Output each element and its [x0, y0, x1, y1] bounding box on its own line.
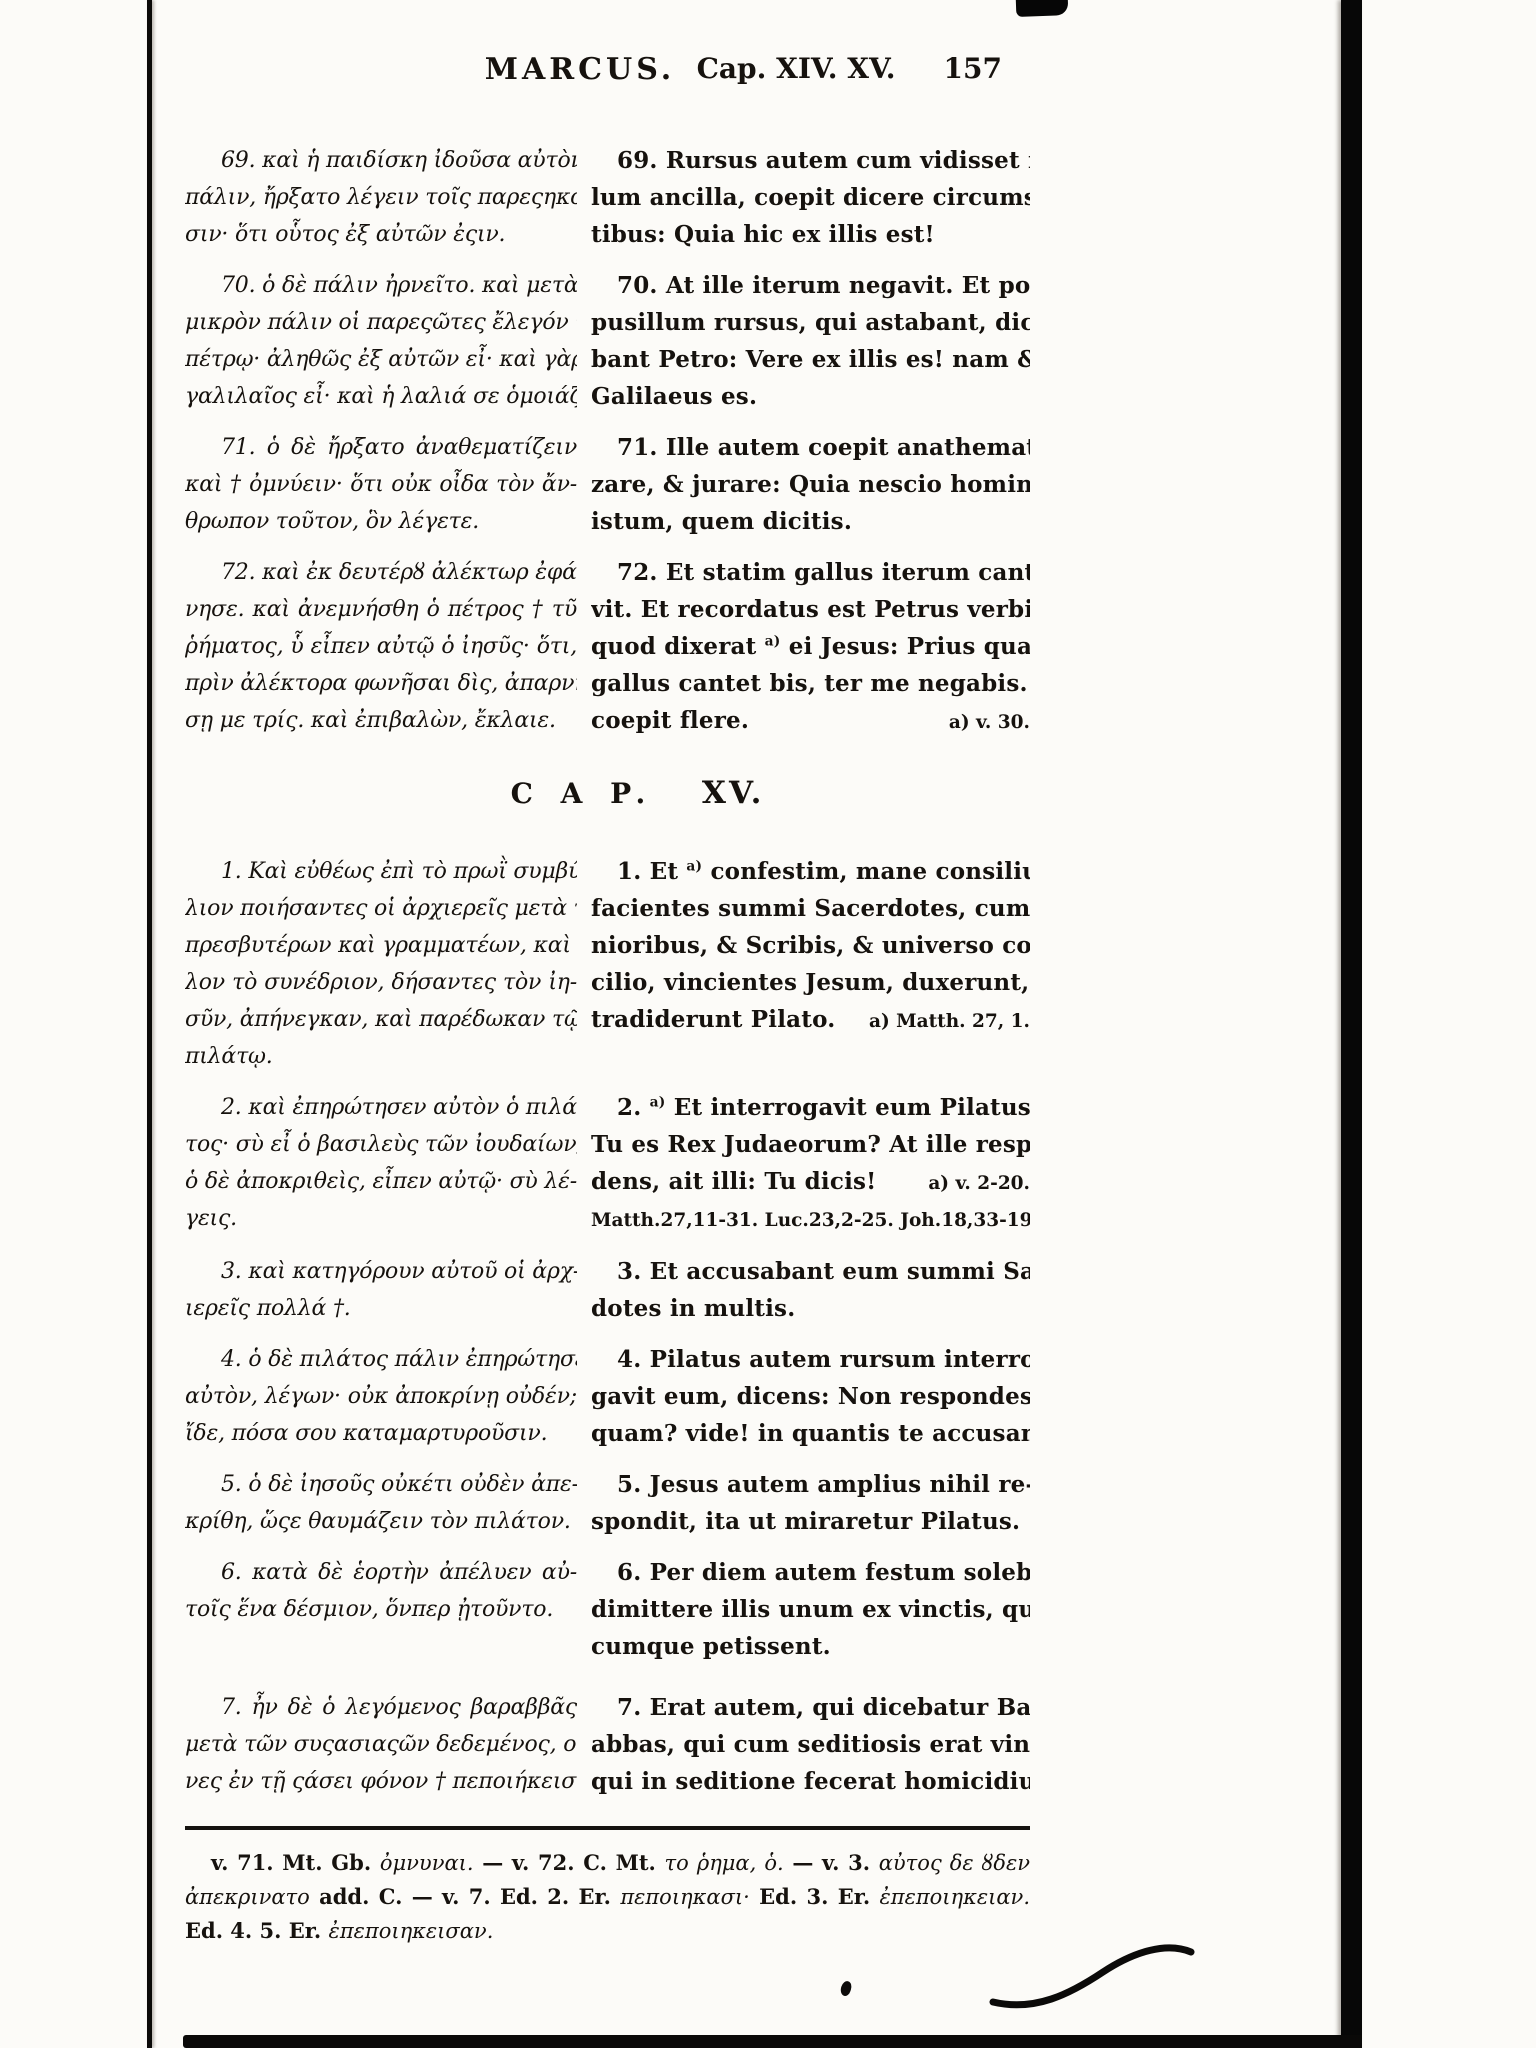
- verse-line: spondit, ita ut miraretur Pilatus.: [591, 1503, 1030, 1540]
- footnote-line: v. 71. Mt. Gb. ὀμνυναι. — v. 72. C. Mt. …: [185, 1846, 1030, 1880]
- verse-line: nioribus, & Scribis, & universo con-: [591, 927, 1030, 964]
- verse-line: zare, & jurare: Quia nescio hominem: [591, 466, 1030, 503]
- greek-verse: 72. καὶ ἐκ δευτέρȣ ἀλέκτωρ ἐφά-νησε. καὶ…: [185, 554, 577, 739]
- footnote-rule: [185, 1826, 1030, 1830]
- verse-line: istum, quem dicitis.: [591, 503, 1030, 540]
- verse-row: 7. ἦν δὲ ὁ λεγόμενος βαραββᾶςμετὰ τῶν συ…: [185, 1689, 1030, 1800]
- verse-line: coepit flere.a) v. 30.: [591, 702, 1030, 741]
- greek-verse: 7. ἦν δὲ ὁ λεγόμενος βαραββᾶςμετὰ τῶν συ…: [185, 1689, 577, 1800]
- verse-line: ῥήματος, ὗ εἶπεν αὐτῷ ὁ ἰησῦς· ὅτι,: [185, 628, 577, 665]
- verse-line: πέτρῳ· ἀληθῶς ἐξ αὐτῶν εἶ· καὶ γὰρ: [185, 341, 577, 378]
- greek-verse: 1. Καὶ εὐθέως ἐπὶ τὸ πρωῒ συμβύ-λιον ποι…: [185, 853, 577, 1075]
- verse-line: facientes summi Sacerdotes, cum Se-: [591, 890, 1030, 927]
- verse-line: quam? vide! in quantis te accusant.: [591, 1415, 1030, 1452]
- scan-border-left: [147, 0, 152, 2048]
- inline-reference: a) v. 2-20.: [928, 1165, 1030, 1202]
- verse-line: τοῖς ἕνα δέσμιον, ὅνπερ ᾐτοῦντο.: [185, 1591, 577, 1628]
- verse-row: 1. Καὶ εὐθέως ἐπὶ τὸ πρωῒ συμβύ-λιον ποι…: [185, 853, 1030, 1075]
- verse-line: 7. ἦν δὲ ὁ λεγόμενος βαραββᾶς: [185, 1689, 577, 1726]
- verse-line: σιν· ὅτι οὗτος ἐξ αὐτῶν ἐςιν.: [185, 216, 577, 253]
- verse-line: νησε. καὶ ἀνεμνήσθη ὁ πέτρος † τῦ: [185, 591, 577, 628]
- verse-line: πιλάτῳ.: [185, 1038, 577, 1075]
- verse-line: γεις.: [185, 1200, 577, 1237]
- greek-verse: 69. καὶ ἡ παιδίσκη ἰδοῦσα αὐτὸνπάλιν, ἤρ…: [185, 142, 577, 253]
- verse-line: 70. At ille iterum negavit. Et post: [591, 267, 1030, 304]
- verse-line: qui in seditione fecerat homicidium.: [591, 1763, 1030, 1800]
- page-number: 157: [944, 52, 1002, 85]
- verse-line: cumque petissent.: [591, 1628, 1030, 1665]
- verse-line: gallus cantet bis, ter me negabis. Et: [591, 665, 1030, 702]
- latin-verse: 7. Erat autem, qui dicebatur Bar-abbas, …: [591, 1689, 1030, 1800]
- verse-line: 71. ὁ δὲ ἤρξατο ἀναθεματίζειν: [185, 429, 577, 466]
- verse-line: σῃ με τρίς. καὶ ἐπιβαλὼν, ἔκλαιε.: [185, 702, 577, 739]
- cap-label: C A P.: [511, 777, 655, 810]
- verse-line: 71. Ille autem coepit anathemati-: [591, 429, 1030, 466]
- verse-row: 71. ὁ δὲ ἤρξατο ἀναθεματίζεινκαὶ † ὀμνύε…: [185, 429, 1030, 540]
- greek-verse: 4. ὁ δὲ πιλάτος πάλιν ἐπηρώτησεναὐτὸν, λ…: [185, 1341, 577, 1452]
- verse-row: 6. κατὰ δὲ ἑορτὴν ἀπέλυεν αὐ-τοῖς ἕνα δέ…: [185, 1554, 1030, 1665]
- latin-verse: 5. Jesus autem amplius nihil re-spondit,…: [591, 1466, 1030, 1540]
- verse-line: 2. a) Et interrogavit eum Pilatus:: [591, 1089, 1030, 1126]
- verse-line: τος· σὺ εἶ ὁ βασιλεὺς τῶν ἰουδαίων;: [185, 1126, 577, 1163]
- inline-reference: a) v. 30.: [949, 704, 1030, 741]
- verse-line: 1. Et a) confestim, mane consilium: [591, 853, 1030, 890]
- verse-line: abbas, qui cum seditiosis erat vinctus,: [591, 1726, 1030, 1763]
- verse-line: vit. Et recordatus est Petrus verbi,: [591, 591, 1030, 628]
- latin-verse: 69. Rursus autem cum vidisset il-lum anc…: [591, 142, 1030, 253]
- verse-line: νες ἐν τῇ ςάσει φόνον † πεποιήκεισαν.: [185, 1763, 577, 1800]
- page-content: MARCUS. Cap. XIV. XV. 157 69. καὶ ἡ παιδ…: [185, 52, 1030, 1948]
- verse-line: κρίθη, ὥςε θαυμάζειν τὸν πιλάτον.: [185, 1503, 577, 1540]
- verse-line: 1. Καὶ εὐθέως ἐπὶ τὸ πρωῒ συμβύ-: [185, 853, 577, 890]
- verse-line: πρεσβυτέρων καὶ γραμματέων, καὶ ὅ-: [185, 927, 577, 964]
- verse-line: 5. ὁ δὲ ἰησοῦς οὐκέτι οὐδὲν ἀπε-: [185, 1466, 577, 1503]
- verse-line: καὶ † ὀμνύειν· ὅτι οὐκ οἶδα τὸν ἄν-: [185, 466, 577, 503]
- greek-verse: 71. ὁ δὲ ἤρξατο ἀναθεματίζεινκαὶ † ὀμνύε…: [185, 429, 577, 540]
- verse-row: 69. καὶ ἡ παιδίσκη ἰδοῦσα αὐτὸνπάλιν, ἤρ…: [185, 142, 1030, 253]
- latin-verse: 71. Ille autem coepit anathemati-zare, &…: [591, 429, 1030, 540]
- latin-verse: 72. Et statim gallus iterum canta-vit. E…: [591, 554, 1030, 741]
- greek-verse: 6. κατὰ δὲ ἑορτὴν ἀπέλυεν αὐ-τοῖς ἕνα δέ…: [185, 1554, 577, 1628]
- verse-line: 3. καὶ κατηγόρουν αὐτοῦ οἱ ἀρχ-: [185, 1253, 577, 1290]
- verse-line: 72. Et statim gallus iterum canta-: [591, 554, 1030, 591]
- chapter14-verses: 69. καὶ ἡ παιδίσκη ἰδοῦσα αὐτὸνπάλιν, ἤρ…: [185, 142, 1030, 741]
- verse-line: tradiderunt Pilato.a) Matth. 27, 1.: [591, 1001, 1030, 1040]
- cap-number: XV.: [702, 775, 764, 811]
- verse-line: 6. Per diem autem festum solebat: [591, 1554, 1030, 1591]
- verse-line: pusillum rursus, qui astabant, dice-: [591, 304, 1030, 341]
- latin-verse: 2. a) Et interrogavit eum Pilatus:Tu es …: [591, 1089, 1030, 1239]
- verse-line: ἴδε, πόσα σου καταμαρτυροῦσιν.: [185, 1415, 577, 1452]
- verse-line: 72. καὶ ἐκ δευτέρȣ ἀλέκτωρ ἐφά-: [185, 554, 577, 591]
- verse-line: 6. κατὰ δὲ ἑορτὴν ἀπέλυεν αὐ-: [185, 1554, 577, 1591]
- verse-row: 2. καὶ ἐπηρώτησεν αὐτὸν ὁ πιλά-τος· σὺ ε…: [185, 1089, 1030, 1239]
- footnote-line: ἀπεκρινατο add. C. — v. 7. Ed. 2. Er. πε…: [185, 1880, 1030, 1914]
- verse-line: Galilaeus es.: [591, 378, 1030, 415]
- verse-line: μικρὸν πάλιν οἱ παρεςῶτες ἔλεγόν τῷ: [185, 304, 577, 341]
- greek-verse: 3. καὶ κατηγόρουν αὐτοῦ οἱ ἀρχ-ιερεῖς πο…: [185, 1253, 577, 1327]
- chapter-reference: Cap. XIV. XV.: [697, 52, 896, 85]
- greek-verse: 70. ὁ δὲ πάλιν ἠρνεῖτο. καὶ μετὰμικρὸν π…: [185, 267, 577, 415]
- verse-line: ὁ δὲ ἀποκριθεὶς, εἶπεν αὐτῷ· σὺ λέ-: [185, 1163, 577, 1200]
- verse-line: 70. ὁ δὲ πάλιν ἠρνεῖτο. καὶ μετὰ: [185, 267, 577, 304]
- latin-verse: 70. At ille iterum negavit. Et postpusil…: [591, 267, 1030, 415]
- verse-line: tibus: Quia hic ex illis est!: [591, 216, 1030, 253]
- verse-line: πρὶν ἀλέκτορα φωνῆσαι δὶς, ἀπαρνή-: [185, 665, 577, 702]
- chapter15-verses: 1. Καὶ εὐθέως ἐπὶ τὸ πρωῒ συμβύ-λιον ποι…: [185, 853, 1030, 1800]
- latin-verse: 6. Per diem autem festum solebatdimitter…: [591, 1554, 1030, 1665]
- verse-line: 4. ὁ δὲ πιλάτος πάλιν ἐπηρώτησεν: [185, 1341, 577, 1378]
- verse-line: dens, ait illi: Tu dicis!a) v. 2-20.: [591, 1163, 1030, 1202]
- ink-spot-artifact: [839, 1980, 853, 1997]
- header-right: Cap. XIV. XV. 157: [697, 52, 1002, 85]
- verse-line: quod dixerat a) ei Jesus: Prius quam: [591, 628, 1030, 665]
- footnote-line: Ed. 4. 5. Er. ἐπεποιηκεισαν.: [185, 1914, 1030, 1948]
- verse-line: 3. Et accusabant eum summi Sacer-: [591, 1253, 1030, 1290]
- greek-verse: 2. καὶ ἐπηρώτησεν αὐτὸν ὁ πιλά-τος· σὺ ε…: [185, 1089, 577, 1237]
- verse-line: αὐτὸν, λέγων· οὐκ ἀποκρίνῃ οὐδέν;: [185, 1378, 577, 1415]
- verse-line: λιον ποιήσαντες οἱ ἀρχιερεῖς μετὰ τῶν: [185, 890, 577, 927]
- verse-line: lum ancilla, coepit dicere circumstan-: [591, 179, 1030, 216]
- verse-line: dimittere illis unum ex vinctis, quem-: [591, 1591, 1030, 1628]
- verse-line: 69. καὶ ἡ παιδίσκη ἰδοῦσα αὐτὸν: [185, 142, 577, 179]
- verse-row: 70. ὁ δὲ πάλιν ἠρνεῖτο. καὶ μετὰμικρὸν π…: [185, 267, 1030, 415]
- scanned-page: MARCUS. Cap. XIV. XV. 157 69. καὶ ἡ παιδ…: [0, 0, 1536, 2048]
- scan-corner-artifact: [1016, 0, 1069, 17]
- scan-border-right: [1341, 0, 1362, 2048]
- verse-line: πάλιν, ἤρξατο λέγειν τοῖς παρεςηκό-: [185, 179, 577, 216]
- verse-line: bant Petro: Vere ex illis es! nam &: [591, 341, 1030, 378]
- page-title: MARCUS.: [485, 52, 676, 87]
- verse-line: μετὰ τῶν συςασιαςῶν δεδεμένος, οἵτι-: [185, 1726, 577, 1763]
- verse-line: 5. Jesus autem amplius nihil re-: [591, 1466, 1030, 1503]
- verse-line: Matth.27,11-31. Luc.23,2-25. Joh.18,33-1…: [591, 1202, 1030, 1239]
- verse-line: θρωπον τοῦτον, ὃν λέγετε.: [185, 503, 577, 540]
- verse-row: 3. καὶ κατηγόρουν αὐτοῦ οἱ ἀρχ-ιερεῖς πο…: [185, 1253, 1030, 1327]
- footnotes-block: v. 71. Mt. Gb. ὀμνυναι. — v. 72. C. Mt. …: [185, 1846, 1030, 1948]
- latin-verse: 3. Et accusabant eum summi Sacer-dotes i…: [591, 1253, 1030, 1327]
- latin-verse: 4. Pilatus autem rursum interro-gavit eu…: [591, 1341, 1030, 1452]
- verse-line: 69. Rursus autem cum vidisset il-: [591, 142, 1030, 179]
- verse-line: cilio, vincientes Jesum, duxerunt, &: [591, 964, 1030, 1001]
- page-header: MARCUS. Cap. XIV. XV. 157: [185, 52, 1030, 96]
- verse-line: σῦν, ἀπήνεγκαν, καὶ παρέδωκαν τῷ: [185, 1001, 577, 1038]
- verse-line: 4. Pilatus autem rursum interro-: [591, 1341, 1030, 1378]
- verse-line: 7. Erat autem, qui dicebatur Bar-: [591, 1689, 1030, 1726]
- verse-line: 2. καὶ ἐπηρώτησεν αὐτὸν ὁ πιλά-: [185, 1089, 577, 1126]
- greek-verse: 5. ὁ δὲ ἰησοῦς οὐκέτι οὐδὲν ἀπε-κρίθη, ὥ…: [185, 1466, 577, 1540]
- chapter15-heading: C A P. XV.: [245, 775, 1030, 811]
- verse-row: 72. καὶ ἐκ δευτέρȣ ἀλέκτωρ ἐφά-νησε. καὶ…: [185, 554, 1030, 741]
- verse-line: λον τὸ συνέδριον, δήσαντες τὸν ἰη-: [185, 964, 577, 1001]
- scan-border-bottom: [183, 2035, 1362, 2048]
- verse-line: gavit eum, dicens: Non respondes quid-: [591, 1378, 1030, 1415]
- latin-verse: 1. Et a) confestim, mane consiliumfacien…: [591, 853, 1030, 1040]
- inline-reference: a) Matth. 27, 1.: [869, 1003, 1030, 1040]
- verse-line: ιερεῖς πολλά †.: [185, 1290, 577, 1327]
- verse-row: 4. ὁ δὲ πιλάτος πάλιν ἐπηρώτησεναὐτὸν, λ…: [185, 1341, 1030, 1452]
- verse-row: 5. ὁ δὲ ἰησοῦς οὐκέτι οὐδὲν ἀπε-κρίθη, ὥ…: [185, 1466, 1030, 1540]
- verse-line: γαλιλαῖος εἶ· καὶ ἡ λαλιά σε ὁμοιάζει·: [185, 378, 577, 415]
- verse-line: dotes in multis.: [591, 1290, 1030, 1327]
- verse-line: Tu es Rex Judaeorum? At ille respon-: [591, 1126, 1030, 1163]
